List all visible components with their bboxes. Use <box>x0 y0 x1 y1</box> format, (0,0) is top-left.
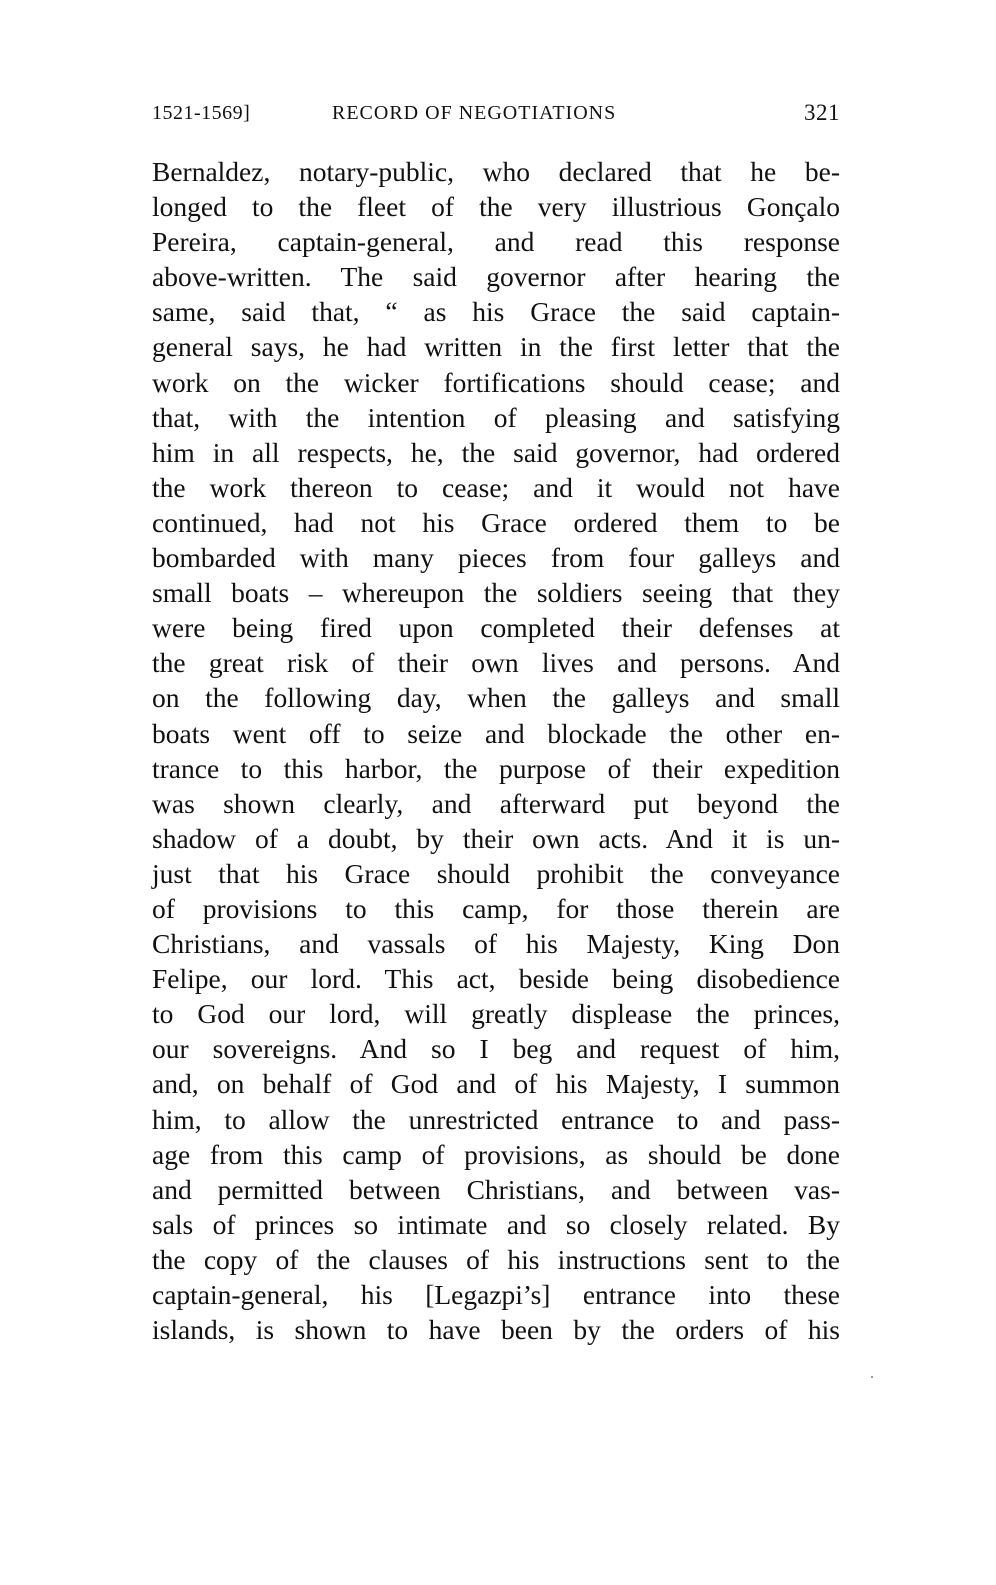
text-line: to God our lord, will greatly displease … <box>152 996 840 1031</box>
text-line: him in all respects, he, the said govern… <box>152 435 840 470</box>
text-line: of provisions to this camp, for those th… <box>152 891 840 926</box>
running-head: 1521-1569] RECORD OF NEGOTIATIONS 321 <box>152 98 840 128</box>
text-line: islands, is shown to have been by the or… <box>152 1312 840 1347</box>
text-line: on the following day, when the galleys a… <box>152 680 840 715</box>
text-line: sals of princes so intimate and so close… <box>152 1207 840 1242</box>
text-line: bombarded with many pieces from four gal… <box>152 540 840 575</box>
text-line: trance to this harbor, the purpose of th… <box>152 751 840 786</box>
text-line: same, said that, “ as his Grace the said… <box>152 294 840 329</box>
text-line: continued, had not his Grace ordered the… <box>152 505 840 540</box>
text-line: above-written. The said governor after h… <box>152 259 840 294</box>
text-line: age from this camp of provisions, as sho… <box>152 1137 840 1172</box>
text-line: and permitted between Christians, and be… <box>152 1172 840 1207</box>
text-line: Christians, and vassals of his Majesty, … <box>152 926 840 961</box>
text-line: the great risk of their own lives and pe… <box>152 645 840 680</box>
text-line: were being fired upon completed their de… <box>152 610 840 645</box>
text-line: and, on behalf of God and of his Majesty… <box>152 1066 840 1101</box>
text-line: our sovereigns. And so I beg and request… <box>152 1031 840 1066</box>
body-text: Bernaldez, notary-public, who declared t… <box>152 154 840 1347</box>
text-line: Bernaldez, notary-public, who declared t… <box>152 154 840 189</box>
text-line: him, to allow the unrestricted entrance … <box>152 1102 840 1137</box>
text-line: the copy of the clauses of his instructi… <box>152 1242 840 1277</box>
text-line: was shown clearly, and afterward put bey… <box>152 786 840 821</box>
text-line: that, with the intention of pleasing and… <box>152 400 840 435</box>
text-line: the work thereon to cease; and it would … <box>152 470 840 505</box>
running-head-title: RECORD OF NEGOTIATIONS <box>332 98 616 128</box>
text-line: small boats – whereupon the soldiers see… <box>152 575 840 610</box>
text-line: longed to the fleet of the very illustri… <box>152 189 840 224</box>
scan-speck <box>871 1376 873 1378</box>
text-line: captain-general, his [Legazpi’s] entranc… <box>152 1277 840 1312</box>
text-line: just that his Grace should prohibit the … <box>152 856 840 891</box>
text-line: Pereira, captain-general, and read this … <box>152 224 840 259</box>
text-line: shadow of a doubt, by their own acts. An… <box>152 821 840 856</box>
book-page: 1521-1569] RECORD OF NEGOTIATIONS 321 Be… <box>0 0 996 1585</box>
running-head-years: 1521-1569] <box>152 98 250 128</box>
page-number: 321 <box>804 98 840 128</box>
text-line: general says, he had written in the firs… <box>152 329 840 364</box>
text-line: Felipe, our lord. This act, beside being… <box>152 961 840 996</box>
text-line: work on the wicker fortifications should… <box>152 365 840 400</box>
text-line: boats went off to seize and blockade the… <box>152 716 840 751</box>
